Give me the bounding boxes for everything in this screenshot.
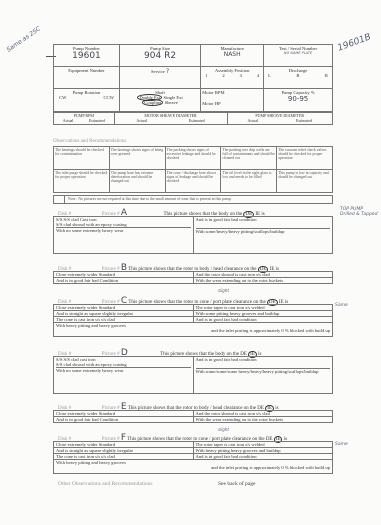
capacity-value[interactable]: 90-95 — [265, 95, 331, 103]
service-cell: Service ? — [119, 67, 200, 89]
obs-cell[interactable]: The bearings shows signs of being over g… — [109, 147, 165, 170]
row-text[interactable]: With some/some/some heavy/heavy/heavy pi… — [196, 369, 331, 374]
equipment-label: Equipment Number — [55, 68, 118, 73]
obs-cell[interactable]: This pump is low in capacity and should … — [277, 170, 333, 193]
obs-cell[interactable]: The vacuum relief check valves should be… — [277, 147, 333, 170]
row-text[interactable]: With no some extremely heavy wear — [56, 368, 191, 373]
estimated-label: Estimated — [189, 118, 205, 123]
obs-cell[interactable]: The oil level in the sight glass is low … — [221, 170, 277, 193]
capacity-cell: Pump Capacity %90-95 — [264, 89, 333, 112]
service-label: Service — [151, 69, 165, 74]
section-b-table: Close extremely wider StandardAnd the ro… — [53, 271, 333, 284]
rotation-cell: Pump Rotation CW CCW — [54, 89, 120, 112]
row-text[interactable]: And is in good fair bad condition — [196, 217, 331, 229]
row-text[interactable]: With no some extremely heavy wear — [56, 228, 191, 233]
assembly-option-3[interactable]: 3 — [240, 73, 242, 78]
assembly-option-4[interactable]: 4 — [257, 73, 259, 78]
sheave-table: PUMP RPMActualEstimated MOTOR SHEAVE DIA… — [53, 112, 333, 125]
section-d-right: And is in good fair bad condition With s… — [193, 357, 333, 394]
note-row: Note : No pictures are not required at t… — [53, 195, 333, 204]
obs-cell[interactable]: The packing tore drip wells are full of … — [221, 147, 277, 170]
margin-note-drilled: TOP PUMP Drilled & Tapped — [340, 207, 378, 217]
row-text: With heavy pitting and heavy groovesand … — [54, 460, 333, 474]
manufacture-value[interactable]: NASH — [202, 51, 262, 58]
margin-note-top-right: 19601B — [336, 32, 372, 53]
other-observations-label: Other Observations and Recommendations — [58, 481, 153, 487]
section-d-table: S/S S/S clad cast iron S/S clad shroud w… — [53, 356, 333, 394]
obs-cell[interactable]: The bearings should be checked for conta… — [54, 147, 110, 170]
note-checkbox[interactable] — [54, 196, 65, 203]
section-a-table: S/S S/S clad Cast iron S/S clad shroud w… — [53, 216, 333, 254]
section-e-table: Close extremely wider StandardAnd the ro… — [53, 410, 333, 423]
discharge-option-r[interactable]: R — [325, 73, 328, 78]
section-a-right: And is in good fair bad condition With s… — [193, 217, 333, 254]
motor-sheave-cell: MOTOR SHEAVE DIAMETERActualEstimated — [114, 113, 227, 125]
row-text[interactable]: With some/heavy/heavy pitting/scallops/b… — [196, 229, 331, 234]
obs-cell[interactable]: The pump base has extreme deterioration … — [109, 170, 165, 193]
equipment-cell: Equipment Number — [54, 67, 120, 89]
section-d-left: S/S S/S clad cast iron S/S clad shroud w… — [54, 357, 194, 394]
shaft-sheave[interactable]: Sheave — [165, 100, 178, 105]
rotation-cw[interactable]: CW — [59, 95, 66, 100]
actual-label: Actual — [247, 118, 258, 123]
estimated-label: Estimated — [89, 118, 105, 123]
section-f-table: Close extremely wider StandardThe rotor … — [53, 441, 333, 474]
serial-value[interactable]: NO NAME PLATE — [265, 51, 331, 55]
actual-label: Actual — [63, 118, 74, 123]
margin-note-top-left: Same as 2SC — [6, 25, 42, 53]
pump-number-value[interactable]: 19601 — [55, 51, 118, 61]
row-text[interactable]: And is in good fair bad Condition — [54, 278, 194, 284]
pump-info-table: Pump Number19601 Pump Size904 R2 Manufac… — [53, 44, 333, 112]
discharge-cell: Discharge L B R — [264, 67, 333, 89]
discharge-option-b[interactable]: B — [296, 73, 299, 78]
obs-cell[interactable]: The cone / discharge bore shows signs of… — [165, 170, 221, 193]
estimated-label: Estimated — [296, 118, 312, 123]
motor-hp-label: Motor HP — [202, 101, 262, 106]
service-value[interactable]: ? — [166, 68, 169, 75]
row-text[interactable]: With the wear extending on to the rotor … — [193, 278, 333, 284]
row-text[interactable]: And is in good fair bad condition — [196, 357, 331, 369]
pump-rpm-cell: PUMP RPMActualEstimated — [54, 113, 115, 125]
row-text[interactable]: With the wear extending on to the rotor … — [193, 417, 333, 423]
obs-cell[interactable]: The packing shows signs of excessive lea… — [165, 147, 221, 170]
assembly-option-2[interactable]: 2 — [222, 73, 224, 78]
motor-rpm-label: Motor RPM — [202, 90, 262, 95]
manufacture-cell: ManufactureNASH — [201, 45, 264, 67]
observations-table: The bearings should be checked for conta… — [53, 146, 333, 193]
rotation-ccw[interactable]: CCW — [103, 95, 113, 100]
row-text: With heavy pitting and heavy groovesand … — [54, 323, 333, 337]
margin-note-same-c: Same — [335, 303, 348, 308]
pump-size-value[interactable]: 904 R2 — [121, 51, 199, 61]
pump-size-cell: Pump Size904 R2 — [119, 45, 200, 67]
row-text[interactable]: And is in good fair bad Condition — [54, 417, 194, 423]
pump-number-cell: Pump Number19601 — [54, 45, 120, 67]
assembly-option-1[interactable]: 1 — [205, 73, 207, 78]
shaft-coupling[interactable]: Coupling — [142, 99, 163, 106]
shaft-cell: Shaft Double Ext Single Ext Coupling She… — [119, 89, 200, 112]
motor-cell: Motor RPMMotor HP — [201, 89, 264, 112]
pump-sheave-cell: PUMP SHEAVE DIAMETERActualEstimated — [227, 113, 333, 125]
annotation-slight: slight — [218, 427, 229, 432]
observations-title: Observations and Recommendations — [53, 139, 126, 144]
annotation-slight: slight — [218, 288, 229, 293]
assembly-cell: Assembly Position 1 2 3 4 — [201, 67, 264, 89]
see-back-label: See back of page — [218, 481, 255, 487]
section-a-left: S/S S/S clad Cast iron S/S clad shroud w… — [54, 217, 194, 254]
row-text[interactable]: and the inlet porting is approximately 0… — [56, 465, 330, 470]
section-c-table: Close extremely wider StandardThe rotor … — [53, 304, 333, 337]
actual-label: Actual — [136, 118, 147, 123]
note-text: Note : No pictures are not required at t… — [68, 197, 232, 201]
discharge-option-l[interactable]: L — [268, 73, 271, 78]
margin-note-same-f: Same — [335, 442, 348, 447]
obs-cell[interactable]: The inlet purge should be checked for pr… — [54, 170, 110, 193]
row-text[interactable]: and the inlet porting is approximately 0… — [56, 328, 330, 333]
serial-cell: Test / Serial NumberNO NAME PLATE — [264, 45, 333, 67]
